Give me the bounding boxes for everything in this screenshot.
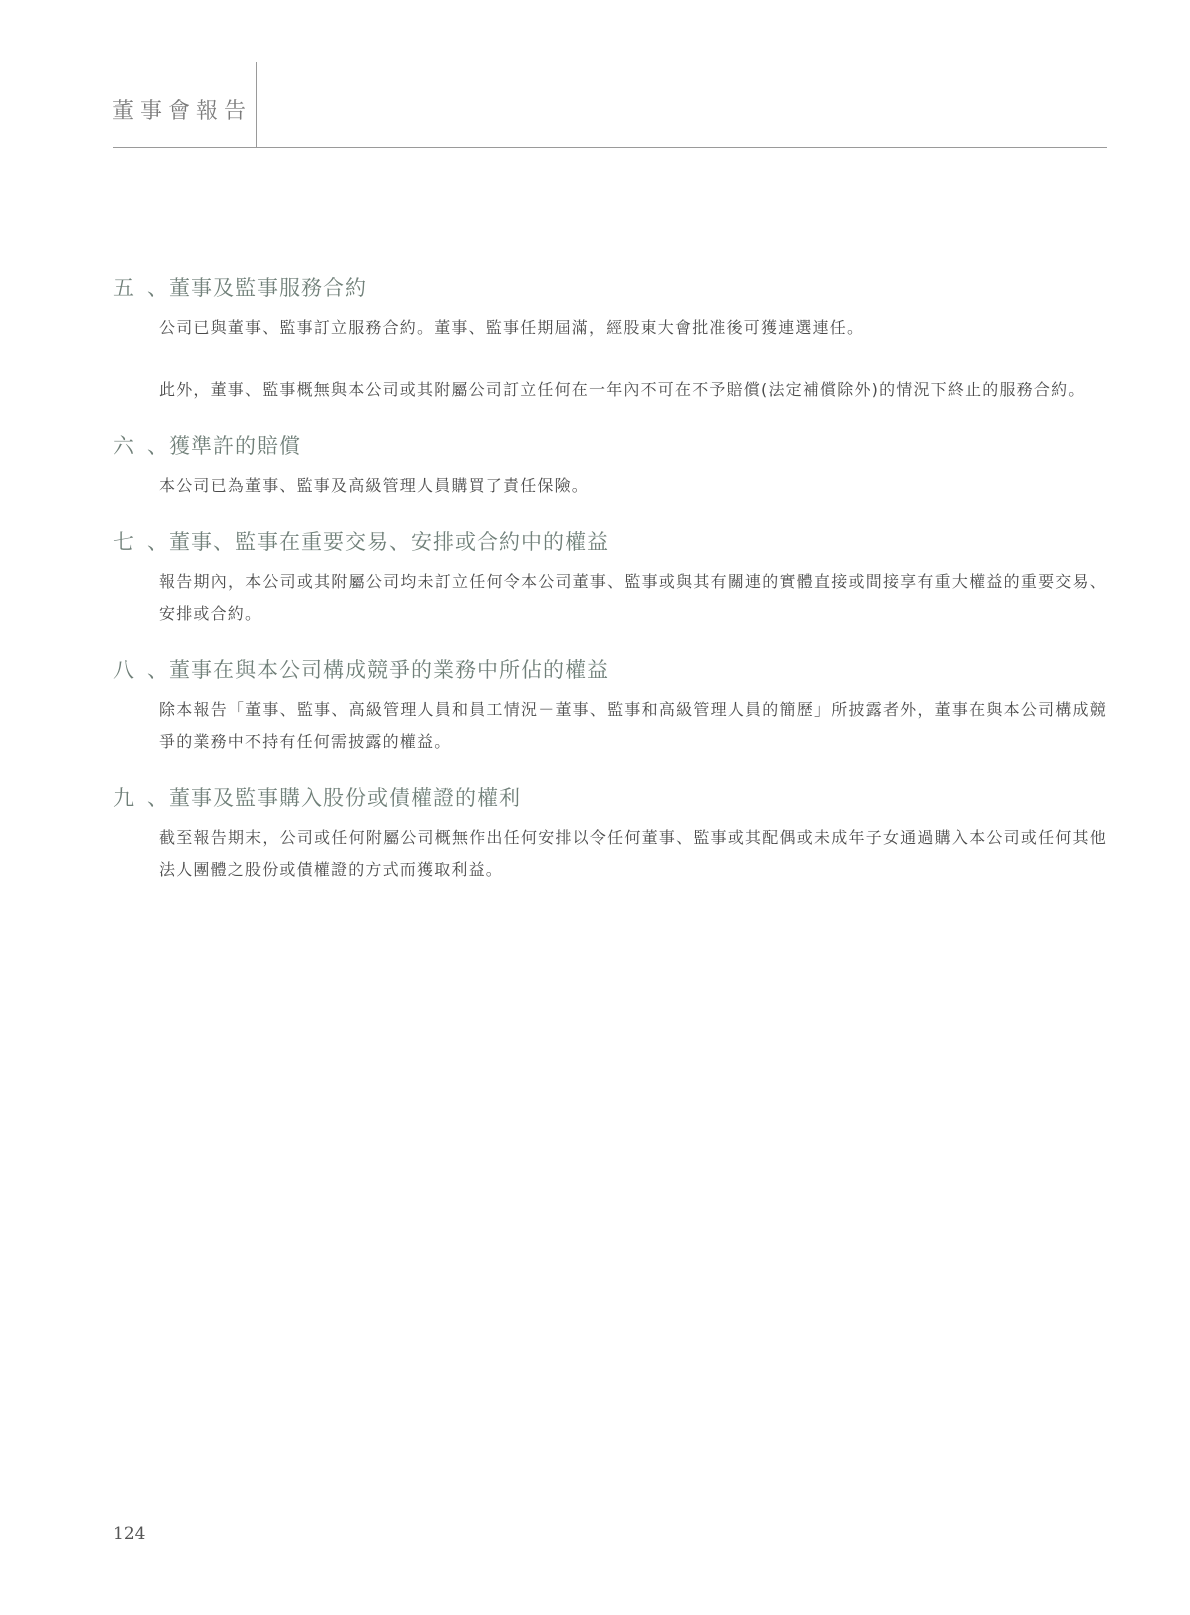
section-number: 九: [113, 780, 147, 816]
paragraph: 除本報告「董事、監事、高級管理人員和員工情況－董事、監事和高級管理人員的簡歷」所…: [159, 694, 1107, 758]
section-share-purchase-rights: 九 、董事及監事購入股份或債權證的權利 截至報告期末，公司或任何附屬公司概無作出…: [113, 780, 1107, 886]
paragraph: 公司已與董事、監事訂立服務合約。董事、監事任期屆滿，經股東大會批准後可獲連選連任…: [159, 312, 1107, 344]
section-number: 六: [113, 428, 147, 464]
section-material-transactions: 七 、董事、監事在重要交易、安排或合約中的權益 報告期內，本公司或其附屬公司均未…: [113, 524, 1107, 630]
paragraph: 此外，董事、監事概無與本公司或其附屬公司訂立任何在一年內不可在不予賠償(法定補償…: [159, 374, 1107, 406]
header-vertical-divider: [256, 62, 257, 147]
section-title: 、董事及監事購入股份或債權證的權利: [147, 780, 521, 816]
section-heading: 五 、董事及監事服務合約: [113, 270, 1107, 306]
section-number: 八: [113, 652, 147, 688]
section-competing-business: 八 、董事在與本公司構成競爭的業務中所佔的權益 除本報告「董事、監事、高級管理人…: [113, 652, 1107, 758]
section-number: 五: [113, 270, 147, 306]
header-horizontal-rule: [113, 147, 1107, 148]
report-body: 五 、董事及監事服務合約 公司已與董事、監事訂立服務合約。董事、監事任期屆滿，經…: [113, 270, 1107, 886]
section-service-contracts: 五 、董事及監事服務合約 公司已與董事、監事訂立服務合約。董事、監事任期屆滿，經…: [113, 270, 1107, 406]
section-heading: 九 、董事及監事購入股份或債權證的權利: [113, 780, 1107, 816]
section-number: 七: [113, 524, 147, 560]
paragraph: 報告期內，本公司或其附屬公司均未訂立任何令本公司董事、監事或與其有關連的實體直接…: [159, 566, 1107, 630]
section-heading: 七 、董事、監事在重要交易、安排或合約中的權益: [113, 524, 1107, 560]
report-title: 董事會報告: [112, 94, 252, 125]
paragraph: 截至報告期末，公司或任何附屬公司概無作出任何安排以令任何董事、監事或其配偶或未成…: [159, 822, 1107, 886]
section-title: 、董事及監事服務合約: [147, 270, 367, 306]
section-title: 、獲準許的賠償: [147, 428, 301, 464]
section-permitted-indemnity: 六 、獲準許的賠償 本公司已為董事、監事及高級管理人員購買了責任保險。: [113, 428, 1107, 502]
section-heading: 八 、董事在與本公司構成競爭的業務中所佔的權益: [113, 652, 1107, 688]
page-number: 124: [113, 1524, 145, 1544]
section-title: 、董事、監事在重要交易、安排或合約中的權益: [147, 524, 609, 560]
section-heading: 六 、獲準許的賠償: [113, 428, 1107, 464]
paragraph: 本公司已為董事、監事及高級管理人員購買了責任保險。: [159, 470, 1107, 502]
section-title: 、董事在與本公司構成競爭的業務中所佔的權益: [147, 652, 609, 688]
